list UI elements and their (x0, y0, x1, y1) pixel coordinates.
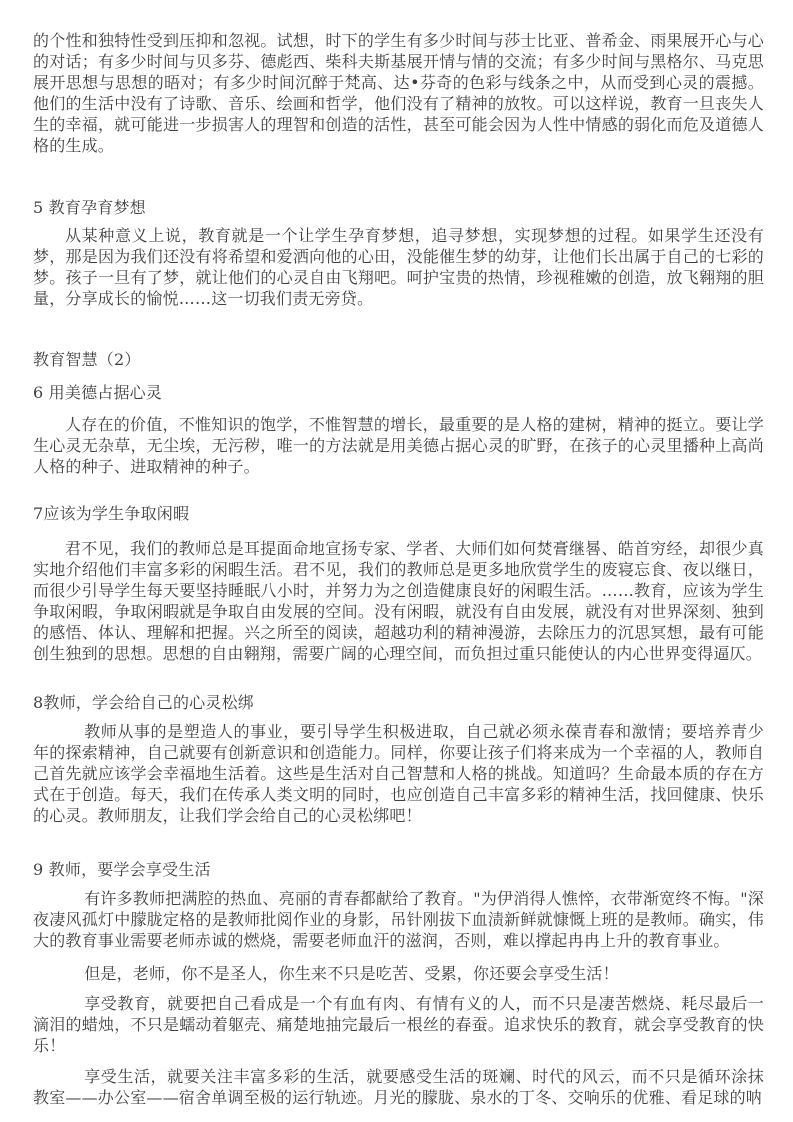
section-9-paragraph-1: 有许多教师把满腔的热血、亮丽的青春都献给了教育。"为伊消得人憔悴，衣带渐宽终不悔… (33, 888, 764, 951)
section-9-heading: 9 教师，要学会享受生活 (33, 859, 764, 880)
section-6-paragraph: 人存在的价值，不惟知识的饱学，不惟智慧的增长，最重要的是人格的建树，精神的挺立。… (33, 414, 764, 477)
section-6-heading: 6 用美德占据心灵 (33, 382, 764, 403)
paragraph-continuation-personality: 的个性和独特性受到压抑和忽视。试想，时下的学生有多少时间与莎士比亚、普希金、雨果… (33, 30, 764, 156)
document-subtitle-education-wisdom-2: 教育智慧（2） (33, 349, 764, 370)
section-7-heading: 7应该为学生争取闲暇 (33, 503, 764, 524)
section-9-paragraph-2: 但是，老师，你不是圣人，你生来不只是吃苦、受累，你还要会享受生活！ (33, 963, 764, 984)
section-5-paragraph: 从某种意义上说，教育就是一个让学生孕育梦想，追寻梦想，实现梦想的过程。如果学生还… (33, 225, 764, 309)
section-7-paragraph: 君不见，我们的教师总是耳提面命地宣扬专家、学者、大师们如何焚膏继晷、皓首穷经，却… (33, 538, 764, 664)
section-9-paragraph-3: 享受教育，就要把自己看成是一个有血有肉、有情有义的人，而不只是凄苦燃烧、耗尽最后… (33, 993, 764, 1056)
section-5-heading: 5 教育孕育梦想 (33, 197, 764, 218)
document-page: 的个性和独特性受到压抑和忽视。试想，时下的学生有多少时间与莎士比亚、普希金、雨果… (0, 0, 793, 1122)
section-8-heading: 8教师，学会给自己的心灵松绑 (33, 692, 764, 713)
section-8-paragraph: 教师从事的是塑造人的事业，要引导学生积极进取，自己就必须永葆青春和激情；要培养青… (33, 721, 764, 826)
section-9-paragraph-4: 享受生活，就要关注丰富多彩的生活，就要感受生活的斑斓、时代的风云，而不只是循环涂… (33, 1066, 764, 1108)
